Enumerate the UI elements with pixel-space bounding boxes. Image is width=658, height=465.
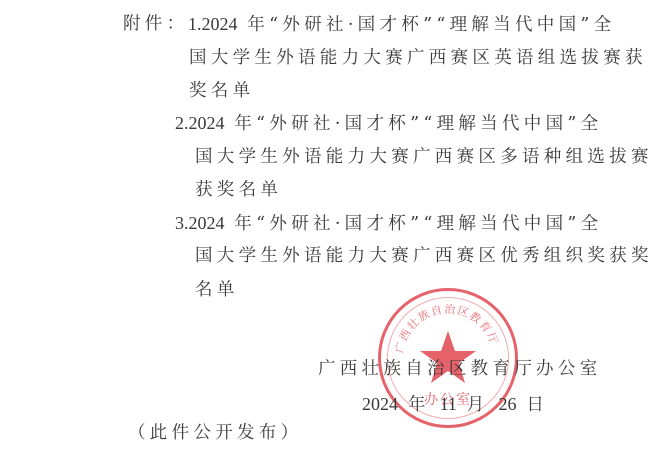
date-year-unit: 年 — [408, 395, 430, 415]
date-day-unit: 日 — [526, 395, 548, 415]
attachment-2-line-1: 2.2024 年“外研社·国才杯”“理解当代中国”全 — [175, 113, 602, 134]
publication-note: （此件公开发布） — [128, 423, 302, 443]
attachment-1-number: 1. — [188, 14, 202, 34]
attachment-3-text-1: 年“外研社·国才杯”“理解当代中国”全 — [234, 214, 602, 234]
date-year: 2024 — [362, 394, 398, 414]
attachment-2-number: 2. — [175, 113, 189, 133]
attachments-label: 附件： — [123, 14, 188, 34]
attachment-2-year: 2024 — [189, 113, 225, 133]
attachment-3-line-1: 3.2024 年“外研社·国才杯”“理解当代中国”全 — [175, 213, 602, 234]
attachment-3-year: 2024 — [189, 213, 225, 233]
attachment-2-line-3: 获奖名单 — [195, 180, 282, 200]
attachment-3-number: 3. — [175, 213, 189, 233]
attachment-1-line-3: 奖名单 — [189, 81, 254, 101]
attachment-2-line-2: 国大学生外语能力大赛广西赛区多语种组选拔赛 — [195, 147, 653, 167]
issuer-name: 广西壮族自治区教育厅办公室 — [318, 359, 601, 379]
attachment-1-year: 2024 — [202, 14, 238, 34]
attachment-1-line-1: 1.2024 年“外研社·国才杯”“理解当代中国”全 — [188, 14, 615, 35]
issue-date: 2024 年 11 月 26 日 — [362, 394, 548, 415]
attachment-3-line-2: 国大学生外语能力大赛广西赛区优秀组织奖获奖 — [195, 246, 653, 266]
date-month: 11 — [440, 394, 457, 414]
attachment-2-text-1: 年“外研社·国才杯”“理解当代中国”全 — [234, 114, 602, 134]
date-month-unit: 月 — [467, 395, 489, 415]
attachment-3-line-3: 名单 — [195, 280, 239, 300]
attachment-1-line-2: 国大学生外语能力大赛广西赛区英语组选拔赛获 — [189, 48, 647, 68]
attachment-1-text-1: 年“外研社·国才杯”“理解当代中国”全 — [247, 15, 615, 35]
date-day: 26 — [498, 394, 516, 414]
